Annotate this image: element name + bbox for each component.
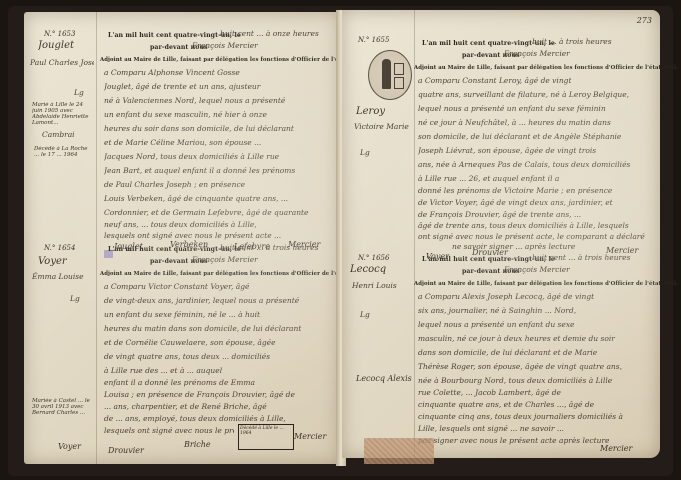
handwritten-date: huit cent ... à trois heures bbox=[220, 243, 338, 252]
body-line: Cordonnier, et de Germain Lefebvre, âgé … bbox=[104, 208, 336, 217]
signature: Mercier bbox=[294, 432, 326, 441]
body-line: né ce jour à Neufchâtel, à ... heures du… bbox=[418, 118, 654, 127]
body-line: ont signé avec nous le présent acte, le … bbox=[418, 232, 654, 241]
body-line: a Comparu Alphonse Vincent Gosse bbox=[104, 68, 336, 77]
body-line: lequel nous a présenté un enfant du sexe… bbox=[418, 104, 654, 113]
margin-surname: Voyer bbox=[38, 256, 67, 267]
body-line: ... ans, charpentier, et de René Briche,… bbox=[104, 402, 336, 411]
body-line: donné les prénoms de Victoire Marie ; en… bbox=[418, 186, 654, 195]
body-line: lequel nous a présenté un enfant du sexe bbox=[418, 320, 654, 329]
margin-suffix: Lg bbox=[360, 148, 370, 157]
body-line: à Lille rue des ... et à ... auquel bbox=[104, 366, 336, 375]
body-line: a Comparu Constant Leroy, âgé de vingt bbox=[418, 76, 654, 85]
body-line: née à Bourbourg Nord, tous deux domicili… bbox=[418, 376, 654, 385]
record-number: N.° 1656 bbox=[358, 254, 389, 262]
officer-name: François Mercier bbox=[192, 41, 258, 50]
signature: Voyer bbox=[58, 442, 81, 451]
margin-death-note: Décédé à La Roche ... le 17 ... 1964 bbox=[34, 146, 94, 158]
body-line: lesquels ont signé avec nous le présent … bbox=[104, 231, 336, 240]
body-line: heures du matin dans son domicile, de lu… bbox=[104, 324, 336, 333]
body-line: Lille, lesquels ont signé ... ne savoir … bbox=[418, 424, 654, 433]
record-number: N.° 1654 bbox=[44, 244, 75, 252]
margin-given-names: Émma Louise bbox=[32, 272, 94, 281]
signature: Lecocq Alexis bbox=[356, 374, 412, 383]
seal-shield-icon bbox=[394, 63, 404, 75]
printed-authority-line: Adjoint au Maire de Lille, faisant par d… bbox=[414, 65, 678, 71]
officer-name: François Mercier bbox=[504, 265, 570, 274]
handwritten-date: huit cent ... à onze heures bbox=[220, 29, 338, 38]
body-line: de Victor Voyer, âgé de vingt deux ans, … bbox=[418, 198, 654, 207]
handwritten-date: huit cent ... à trois heures bbox=[532, 253, 650, 262]
officer-name: François Mercier bbox=[192, 255, 258, 264]
printed-authority-line: Adjoint au Maire de Lille, faisant par d… bbox=[100, 57, 364, 63]
page-number: 273 bbox=[637, 16, 652, 25]
body-line: et de Marie Céline Mariou, son épouse ..… bbox=[104, 138, 336, 147]
margin-marriage-note: Mariée à Castel ... le 30 avril 1913 ave… bbox=[32, 398, 94, 416]
body-line: neuf ans, ... tous deux domiciliés à Lil… bbox=[104, 220, 336, 229]
body-line: a Comparu Victor Constant Voyer, âgé bbox=[104, 282, 336, 291]
body-line: Louisa ; en présence de François Drouvie… bbox=[104, 390, 336, 399]
body-line: quatre ans, surveillant de filature, né … bbox=[418, 90, 654, 99]
handwritten-date: huit ... à trois heures bbox=[532, 37, 650, 46]
margin-suffix: Lg bbox=[70, 294, 80, 303]
body-line: Jouglet, âgé de trente et un ans, ajuste… bbox=[104, 82, 336, 91]
margin-surname: Leroy bbox=[356, 106, 385, 117]
margin-rule bbox=[96, 12, 97, 464]
body-line: de Paul Charles Joseph ; en présence bbox=[104, 180, 336, 189]
left-page: N.° 1653 L'an mil huit cent quatre-vingt… bbox=[24, 12, 340, 464]
body-line: Louis Verbeken, âgé de cinquante quatre … bbox=[104, 194, 336, 203]
body-line: a Comparu Alexis Joseph Lecocq, âgé de v… bbox=[418, 292, 654, 301]
seal-shield-icon bbox=[394, 77, 404, 89]
body-line: de vingt quatre ans, tous deux ... domic… bbox=[104, 352, 336, 361]
body-line: de vingt-deux ans, jardinier, lequel nou… bbox=[104, 296, 336, 305]
record-number: N.° 1653 bbox=[44, 30, 75, 38]
body-line: un enfant du sexe féminin, né le ... à h… bbox=[104, 310, 336, 319]
margin-rule bbox=[414, 10, 415, 458]
body-line: Joseph Liévrat, son épouse, âgée de ving… bbox=[418, 146, 654, 155]
body-line: rue Colette, ... Jacob Lambert, âgé de bbox=[418, 388, 654, 397]
margin-suffix: Lg bbox=[74, 88, 84, 97]
body-line: Jacques Nord, tous deux domiciliés à Lil… bbox=[104, 152, 336, 161]
printed-authority-line: Adjoint au Maire de Lille, faisant par d… bbox=[100, 271, 364, 277]
margin-given-names: Henri Louis bbox=[352, 280, 410, 292]
body-line: et de Cornélie Cauwelaere, son épouse, â… bbox=[104, 338, 336, 347]
margin-surname: Lecocq bbox=[350, 264, 386, 275]
signature: Mercier bbox=[600, 444, 632, 453]
body-line: de ... ans, employé, tous deux domicilié… bbox=[104, 414, 336, 423]
body-line: âgé de trente ans, tous deux domiciliés … bbox=[418, 221, 654, 230]
margin-marriage-note: Marié à Lille le 24 juin 1905 avec Abdel… bbox=[32, 102, 94, 126]
annotation-stamp: Décédé à Lille le ... 1964 bbox=[238, 424, 294, 450]
body-line: ans, née à Arneques Pas de Calais, tous … bbox=[418, 160, 654, 169]
margin-given-names: Paul Charles Joseph bbox=[30, 58, 94, 67]
margin-surname: Jouglet bbox=[38, 40, 74, 51]
margin-given-names: Victoire Marie bbox=[354, 122, 412, 132]
body-line: six ans, journalier, né à Sainghin ... N… bbox=[418, 306, 654, 315]
signature: Drouvier bbox=[108, 446, 144, 455]
body-line: son domicile, de lui déclarant et de Ang… bbox=[418, 132, 654, 141]
body-line: Thérèse Roger, son épouse, âgée de vingt… bbox=[418, 362, 654, 371]
officer-name: François Mercier bbox=[504, 49, 570, 58]
margin-note-place: Cambrai bbox=[42, 130, 75, 139]
seal-figure-icon bbox=[382, 59, 391, 89]
body-line: cinquante cinq ans, tous deux journalier… bbox=[418, 412, 654, 421]
right-page: 273 N.° 1655 L'an mil huit cent quatre-v… bbox=[342, 10, 660, 458]
body-line: dans son domicile, de lui déclarant et d… bbox=[418, 348, 654, 357]
body-line: né à Valenciennes Nord, lequel nous a pr… bbox=[104, 96, 336, 105]
body-line: masculin, né ce jour à deux heures et de… bbox=[418, 334, 654, 343]
rust-stain bbox=[364, 438, 434, 464]
record-number: N.° 1655 bbox=[358, 36, 389, 44]
body-line: enfant il a donné les prénoms de Emma bbox=[104, 378, 336, 387]
body-line: un enfant du sexe masculin, né hier à on… bbox=[104, 110, 336, 119]
signature: Briche bbox=[184, 440, 211, 449]
body-line: cinquante quatre ans, et de Charles ...,… bbox=[418, 400, 654, 409]
margin-suffix: Lg bbox=[360, 310, 370, 319]
municipal-seal bbox=[368, 50, 412, 100]
body-line: à Lille rue ... 26, et auquel enfant il … bbox=[418, 174, 654, 183]
body-line: heures du soir dans son domicile, de lui… bbox=[104, 124, 336, 133]
body-line: de François Drouvier, âgé de trente ans,… bbox=[418, 210, 654, 219]
body-line: lesquels ont signé avec nous le présent … bbox=[104, 426, 234, 435]
printed-authority-line: Adjoint au Maire de Lille, faisant par d… bbox=[414, 281, 678, 287]
body-line: Jean Bart, et auquel enfant il a donné l… bbox=[104, 166, 336, 175]
